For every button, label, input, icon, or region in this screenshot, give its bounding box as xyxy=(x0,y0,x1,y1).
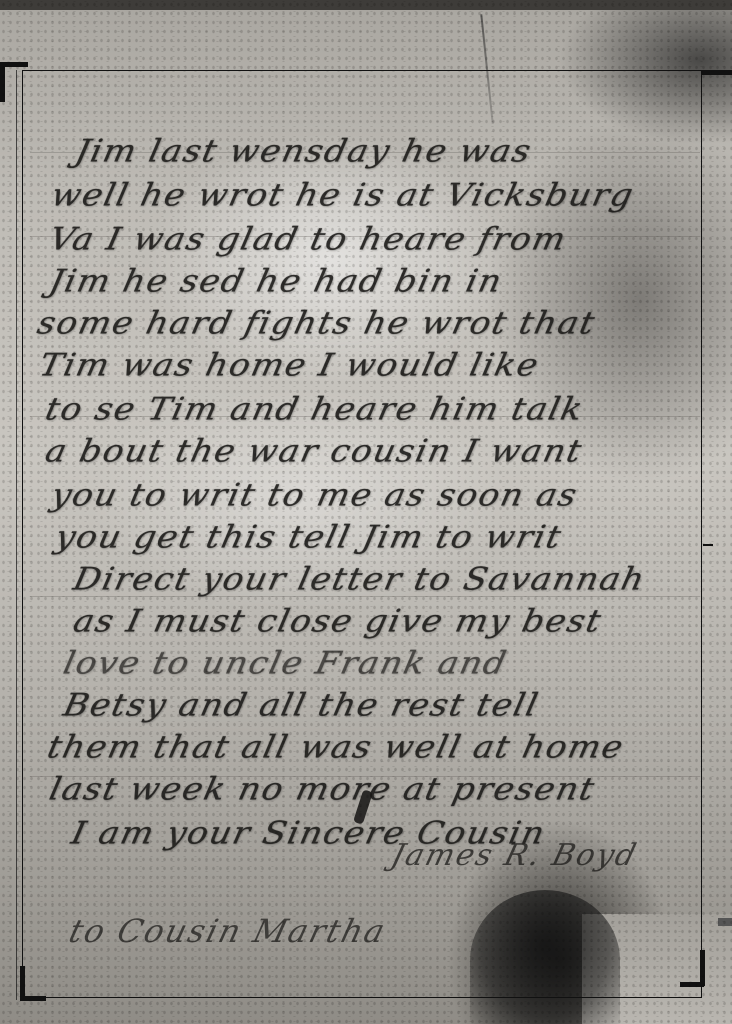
letter-line: some hard fights he wrot that xyxy=(34,305,599,342)
margin-line xyxy=(16,70,17,1000)
letter-line: Jim last wensday he was xyxy=(72,133,535,170)
scanner-marker xyxy=(718,918,732,926)
document-scan: Jim last wensday he was well he wrot he … xyxy=(0,0,732,1024)
letter-line: well he wrot he is at Vicksburg xyxy=(48,177,638,214)
letter-line: you get this tell Jim to writ xyxy=(52,519,565,556)
letter-line: as I must close give my best xyxy=(70,603,605,640)
crop-midpoint-tick xyxy=(703,544,713,546)
letter-line: Tim was home I would like xyxy=(36,347,543,384)
letter-line: a bout the war cousin I want xyxy=(42,433,586,470)
signature: James R. Boyd xyxy=(388,838,642,873)
crop-corner-bottom-right xyxy=(700,950,705,986)
letter-line: Betsy and all the rest tell xyxy=(60,687,542,724)
crop-corner-top-right xyxy=(702,70,732,75)
scanner-edge xyxy=(0,0,732,10)
letter-line: last week no more at present xyxy=(46,771,599,808)
letter-line: love to uncle Frank and xyxy=(60,645,511,682)
crop-corner-top-left xyxy=(0,62,5,102)
letter-line: Jim he sed he had bin in xyxy=(46,263,506,300)
crop-corner-bottom-left xyxy=(20,966,25,1000)
letter-line: you to writ to me as soon as xyxy=(48,477,581,514)
letter-line: to se Tim and heare him talk xyxy=(42,391,587,428)
letter-line: them that all was well at home xyxy=(44,729,628,766)
letter-line: Va I was glad to heare from xyxy=(46,221,570,258)
letter-line: Direct your letter to Savannah xyxy=(70,561,649,598)
addressee-line: to Cousin Martha xyxy=(65,912,390,950)
